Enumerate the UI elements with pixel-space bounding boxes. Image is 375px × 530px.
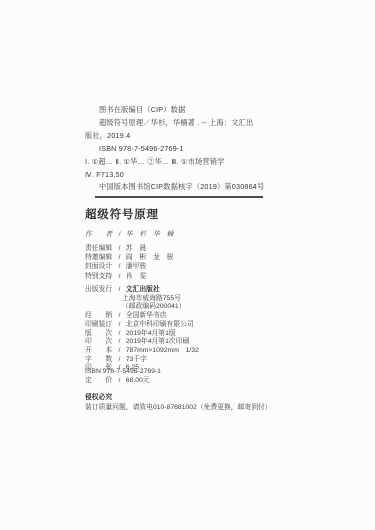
price-separator: /: [115, 376, 124, 385]
publisher-postcode: （邮政编码200041）: [85, 303, 199, 312]
credit-separator: /: [115, 244, 124, 253]
cip-heading: 图书在版编目（CIP）数据: [85, 104, 290, 117]
publisher-name: 文汇出版社: [126, 286, 160, 293]
publishing-label: 出版发行: [85, 286, 113, 295]
publishing-row: 出版发行 / 文汇出版社: [85, 286, 199, 295]
credit-value: 肖 雯: [126, 273, 146, 280]
author-separator: /: [115, 231, 124, 238]
price-label: 定 价: [85, 376, 113, 385]
credit-row: 责任编辑 / 苏 晨: [85, 244, 173, 253]
credit-label: 封面设计: [85, 262, 113, 271]
credit-separator: /: [115, 262, 124, 271]
cip-class-line1: Ⅰ. ①超… Ⅱ. ①华… ②华… Ⅲ. ①市场营销学: [85, 156, 290, 169]
author-value: 华 杉 华 楠: [126, 231, 174, 238]
cip-isbn-line: ISBN 978-7-5496-2769-1: [85, 143, 290, 156]
credit-value: 阎 彬 龙 骏: [126, 254, 174, 261]
publishing-label: 经 销: [85, 312, 113, 321]
publishing-label: 印刷装订: [85, 321, 113, 330]
publishing-separator: /: [115, 286, 124, 295]
credit-label: 责任编辑: [85, 244, 113, 253]
credit-separator: /: [115, 253, 124, 262]
publishing-row: 印刷装订 / 北京中科印刷有限公司: [85, 321, 199, 330]
cip-title-line: 超级符号原理／华杉，华楠著 . -- 上海：文汇出: [85, 117, 290, 130]
author-row: 作 者 / 华 杉 华 楠: [85, 228, 173, 238]
publishing-value: 2019年4月第1版: [126, 330, 176, 337]
publishing-row: 经 销 / 全国新华书店: [85, 312, 199, 321]
isbn-line: ISBN 978-7-5496-2769-1: [85, 367, 161, 376]
author-label: 作 者: [85, 228, 113, 238]
cip-class-line2: Ⅳ. F713.50: [85, 169, 290, 182]
piracy-notice: 侵权必究: [85, 393, 272, 403]
publishing-label: 开 本: [85, 347, 113, 356]
cip-record-line: 中国版本图书馆CIP数据核字（2019）第030864号: [85, 181, 290, 194]
cip-title-line2: 版社，2019.4: [85, 130, 290, 143]
publishing-separator: /: [115, 338, 124, 347]
cip-divider-rule: [95, 196, 263, 198]
cip-block: 图书在版编目（CIP）数据 超级符号原理／华杉，华楠著 . -- 上海：文汇出 …: [85, 104, 290, 194]
publishing-row: 版 次 / 2019年4月第1版: [85, 330, 199, 339]
publishing-value: 北京中科印刷有限公司: [126, 321, 194, 328]
book-title: 超级符号原理: [85, 206, 159, 222]
credit-label: 特邀编辑: [85, 253, 113, 262]
publishing-separator: /: [115, 347, 124, 356]
credit-label: 特别支持: [85, 272, 113, 281]
publishing-value: 全国新华书店: [126, 312, 167, 319]
publishing-row: 印 次 / 2019年4月第1次印刷: [85, 338, 199, 347]
publishing-separator: /: [115, 330, 124, 339]
credit-row: 特别支持 / 肖 雯: [85, 272, 173, 281]
price-row: 定 价 / 68.00元: [85, 376, 161, 385]
credit-value: 潘甲骏: [126, 263, 146, 270]
credit-row: 特邀编辑 / 阎 彬 龙 骏: [85, 253, 173, 262]
pricing-block: ISBN 978-7-5496-2769-1 定 价 / 68.00元: [85, 367, 161, 386]
publishing-separator: /: [115, 356, 124, 365]
credit-row: 封面设计 / 潘甲骏: [85, 262, 173, 271]
credit-separator: /: [115, 272, 124, 281]
publishing-value: 73千字: [126, 356, 147, 363]
copyright-page: 图书在版编目（CIP）数据 超级符号原理／华杉，华楠著 . -- 上海：文汇出 …: [0, 0, 375, 530]
credits-block: 责任编辑 / 苏 晨 特邀编辑 / 阎 彬 龙 骏 封面设计 / 潘甲骏 特别支…: [85, 244, 173, 281]
publishing-row: 开 本 / 787mm×1092mm 1/32: [85, 347, 199, 356]
publishing-block: 出版发行 / 文汇出版社 上海市威海路755号 （邮政编码200041） 经 销…: [85, 286, 199, 373]
publishing-separator: /: [115, 312, 124, 321]
publishing-separator: /: [115, 321, 124, 330]
price-value: 68.00元: [126, 377, 150, 384]
service-line: 装订质量问题，请致电010-87681002（免费更换，邮寄到付）: [85, 403, 272, 413]
credit-value: 苏 晨: [126, 245, 146, 252]
publishing-value: 2019年4月第1次印刷: [126, 338, 189, 345]
footer-block: 侵权必究 装订质量问题，请致电010-87681002（免费更换，邮寄到付）: [85, 393, 272, 412]
publishing-label: 版 次: [85, 330, 113, 339]
publishing-label: 印 次: [85, 338, 113, 347]
publishing-value: 787mm×1092mm 1/32: [126, 347, 199, 354]
